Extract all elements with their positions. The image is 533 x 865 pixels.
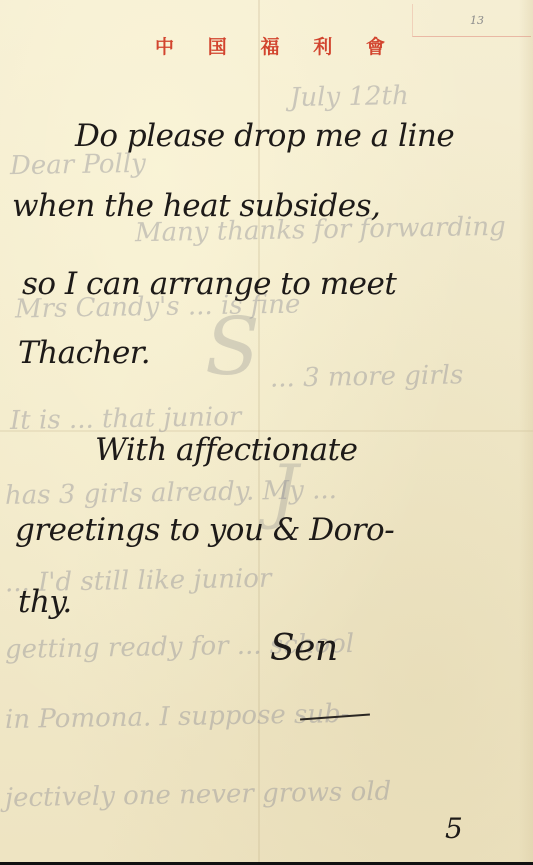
bleed-line: in Pomona. I suppose sub- [5, 699, 350, 735]
ink-line: Thacher. [18, 335, 150, 371]
bleed-line: ... 3 more girls [270, 360, 464, 393]
paper-edge [519, 0, 533, 865]
corner-stamp-number: 13 [470, 14, 484, 27]
bleed-line: jectively one never grows old [5, 777, 392, 814]
letter-page: 13 中 国 福 利 會 S J July 12th Dear Polly Ma… [0, 0, 533, 865]
bleed-line: July 12th [290, 81, 409, 113]
letterhead-char: 福 [260, 32, 279, 59]
letterhead-char: 利 [313, 32, 332, 59]
ink-line: Do please drop me a line [75, 118, 454, 154]
bleed-line: has 3 girls already. My ... [5, 475, 337, 511]
ink-line: greetings to you & Doro- [15, 512, 394, 548]
letterhead-char: 中 [155, 32, 174, 59]
ink-line: so I can arrange to meet [22, 266, 396, 302]
signature: Sen [270, 628, 338, 669]
page-number: 5 [445, 812, 463, 845]
letterhead-char: 會 [366, 32, 385, 59]
letterhead-char: 国 [208, 32, 227, 59]
ink-line: thy. [18, 584, 72, 620]
bleed-line: It is ... that junior [10, 402, 242, 436]
ink-line: when the heat subsides, [12, 188, 380, 224]
ink-line: With affectionate [95, 432, 357, 468]
letterhead: 中 国 福 利 會 [155, 32, 385, 59]
